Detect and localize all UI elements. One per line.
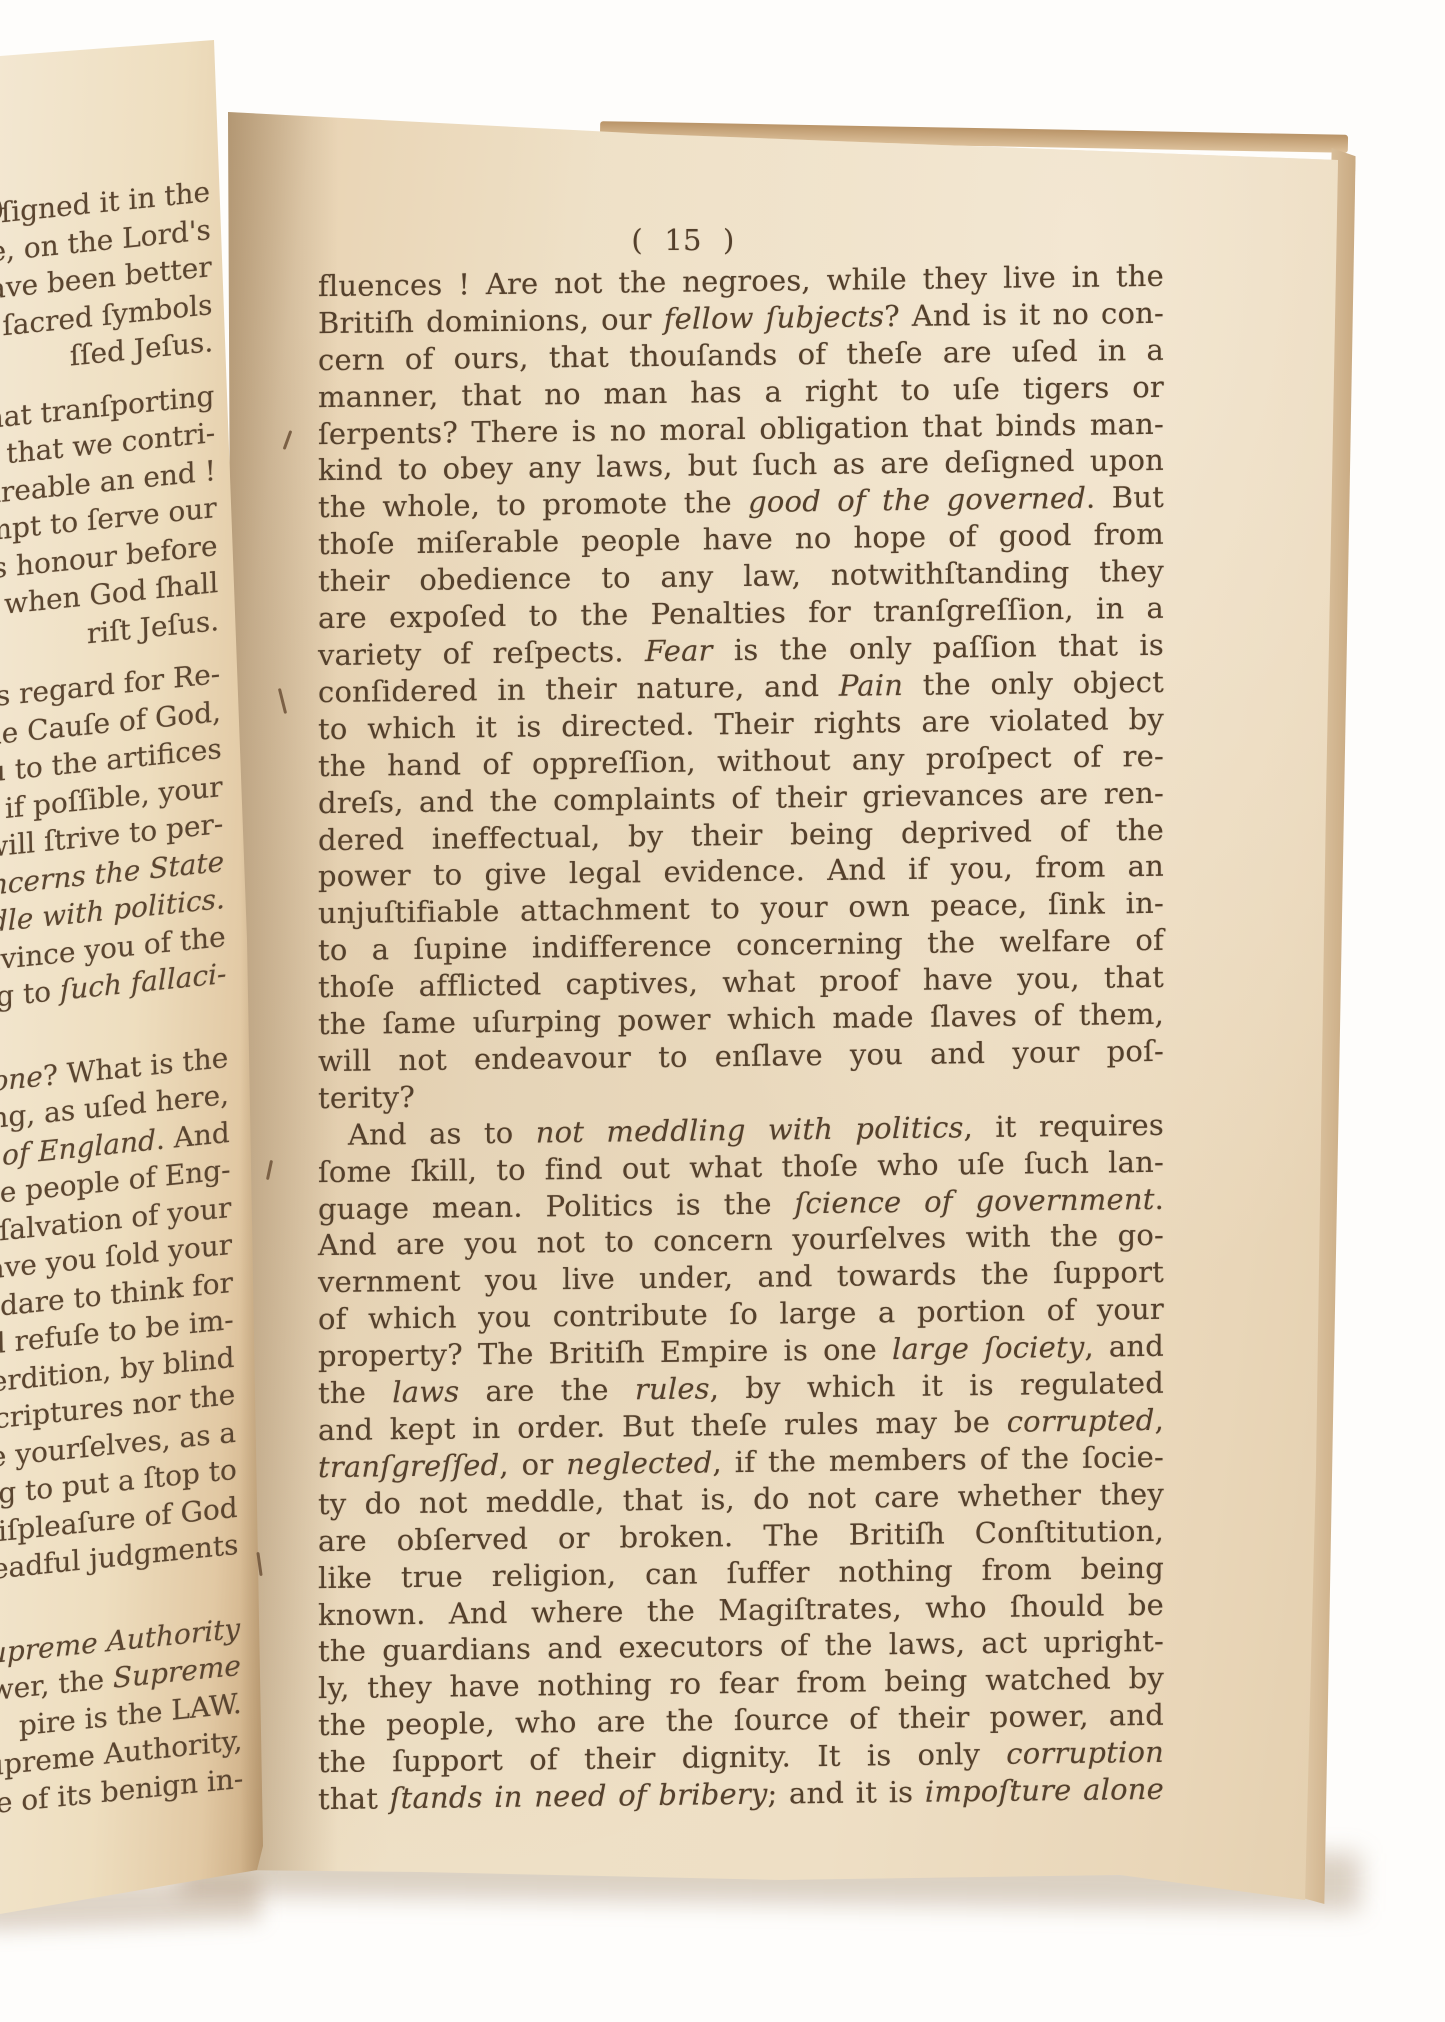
page-number: ( 15 ) — [318, 222, 1164, 259]
right-page-text: fluences ! Are not the negroes, while th… — [318, 263, 1164, 1813]
right-page-text-block: ( 15 ) fluences ! Are not the negroes, w… — [318, 222, 1164, 1813]
left-page-text: ndredsſigned it in theable, on the Lord'… — [0, 190, 244, 1822]
right-page: ( 15 ) fluences ! Are not the negroes, w… — [220, 100, 1365, 1915]
book-photo-scene: ( 15 ) fluences ! Are not the negroes, w… — [0, 0, 1445, 2022]
